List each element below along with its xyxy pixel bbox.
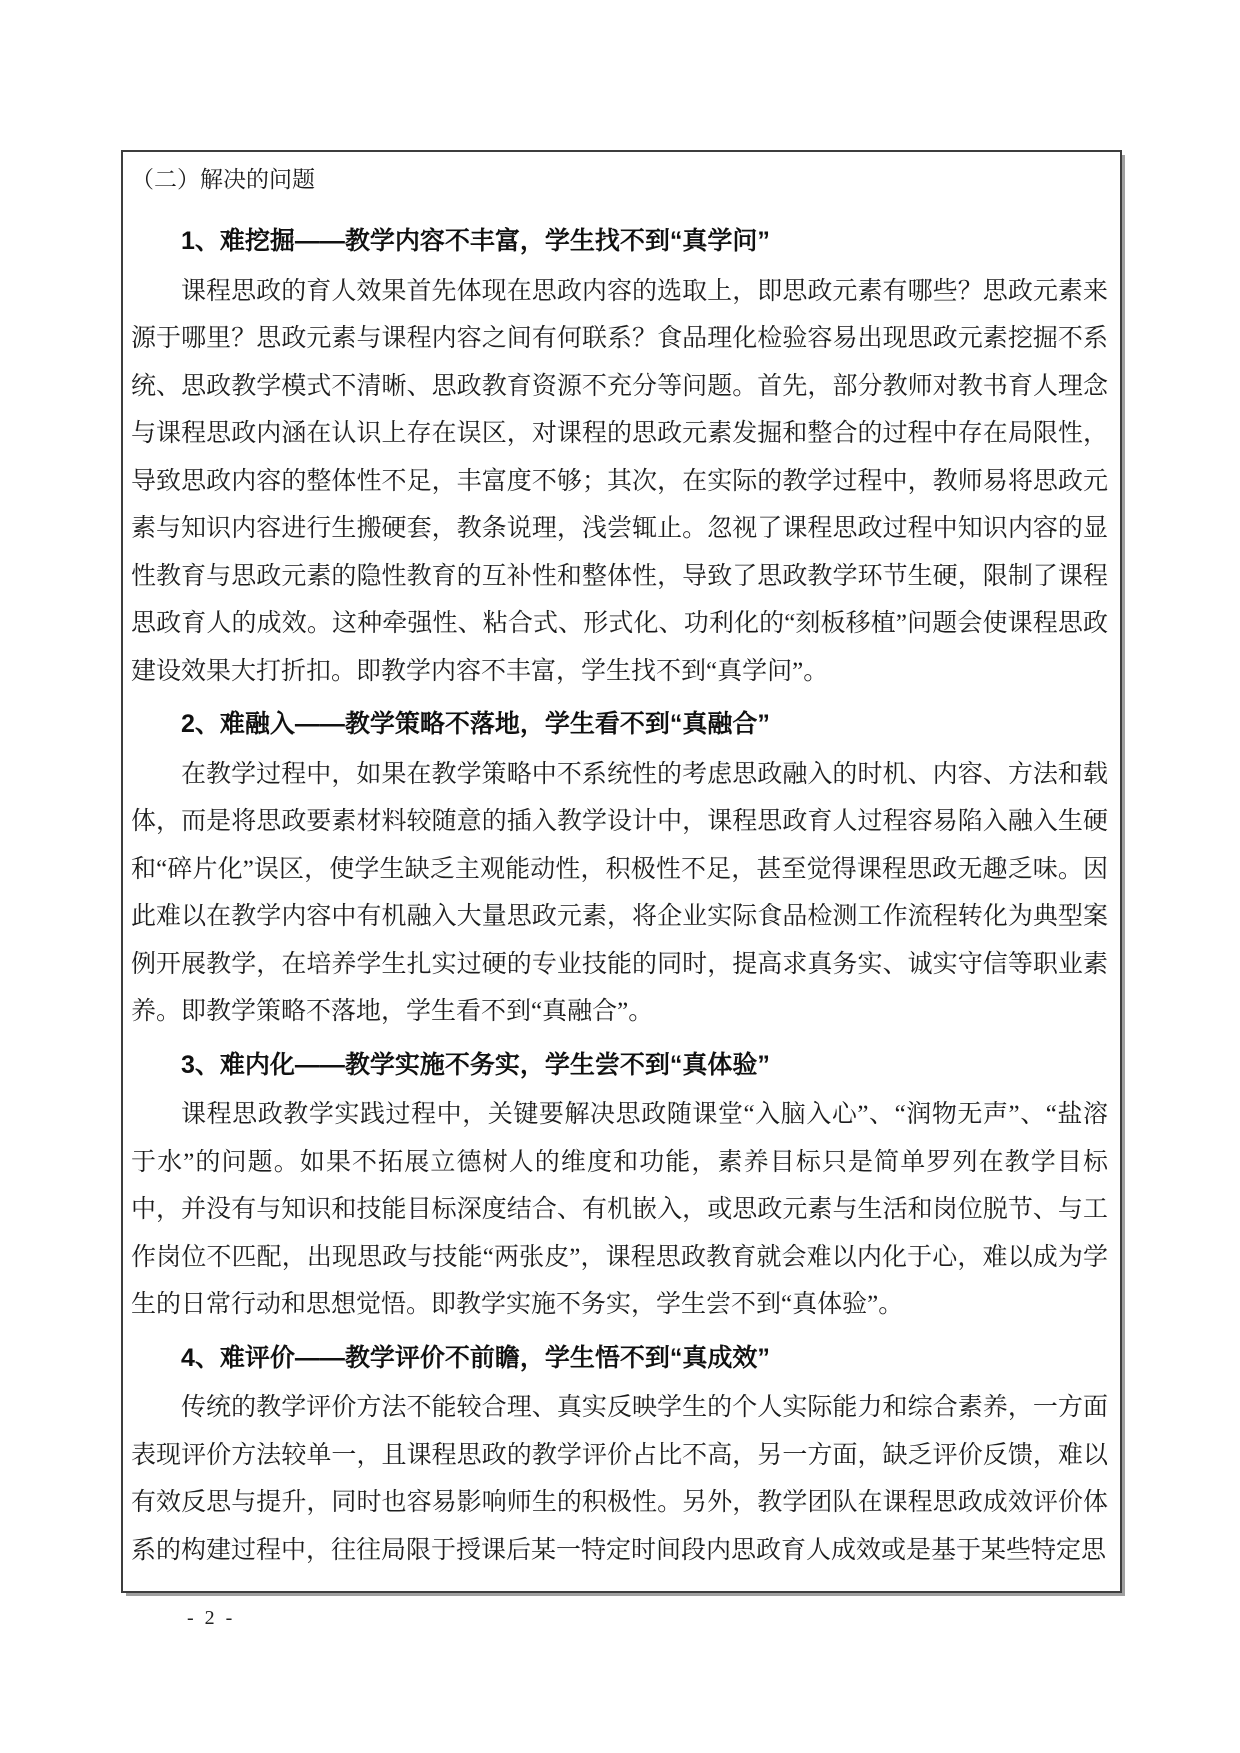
page-footer-number: - 2 -	[187, 1607, 235, 1630]
problem-section-3: 3、难内化——教学实施不务实，学生尝不到“真体验” 课程思政教学实践过程中，关键…	[131, 1042, 1108, 1329]
problem-2-heading: 2、难融入——教学策略不落地，学生看不到“真融合”	[131, 701, 1108, 749]
problem-2-paragraph: 在教学过程中，如果在教学策略中不系统性的考虑思政融入的时机、内容、方法和载体，而…	[131, 751, 1108, 1036]
problem-section-2: 2、难融入——教学策略不落地，学生看不到“真融合” 在教学过程中，如果在教学策略…	[131, 701, 1108, 1036]
section-label: （二）解决的问题	[131, 158, 1108, 202]
problem-1-heading: 1、难挖掘——教学内容不丰富，学生找不到“真学问”	[131, 218, 1108, 266]
problem-4-heading: 4、难评价——教学评价不前瞻，学生悟不到“真成效”	[131, 1335, 1108, 1383]
problem-section-4: 4、难评价——教学评价不前瞻，学生悟不到“真成效” 传统的教学评价方法不能较合理…	[131, 1335, 1108, 1575]
problem-4-paragraph: 传统的教学评价方法不能较合理、真实反映学生的个人实际能力和综合素养，一方面表现评…	[131, 1384, 1108, 1574]
problem-1-paragraph: 课程思政的育人效果首先体现在思政内容的选取上，即思政元素有哪些？思政元素来源于哪…	[131, 268, 1108, 696]
problem-section-1: 1、难挖掘——教学内容不丰富，学生找不到“真学问” 课程思政的育人效果首先体现在…	[131, 218, 1108, 695]
problem-3-paragraph: 课程思政教学实践过程中，关键要解决思政随课堂“入脑入心”、“润物无声”、“盐溶于…	[131, 1091, 1108, 1329]
problem-3-heading: 3、难内化——教学实施不务实，学生尝不到“真体验”	[131, 1042, 1108, 1090]
document-frame: （二）解决的问题 1、难挖掘——教学内容不丰富，学生找不到“真学问” 课程思政的…	[121, 150, 1122, 1593]
